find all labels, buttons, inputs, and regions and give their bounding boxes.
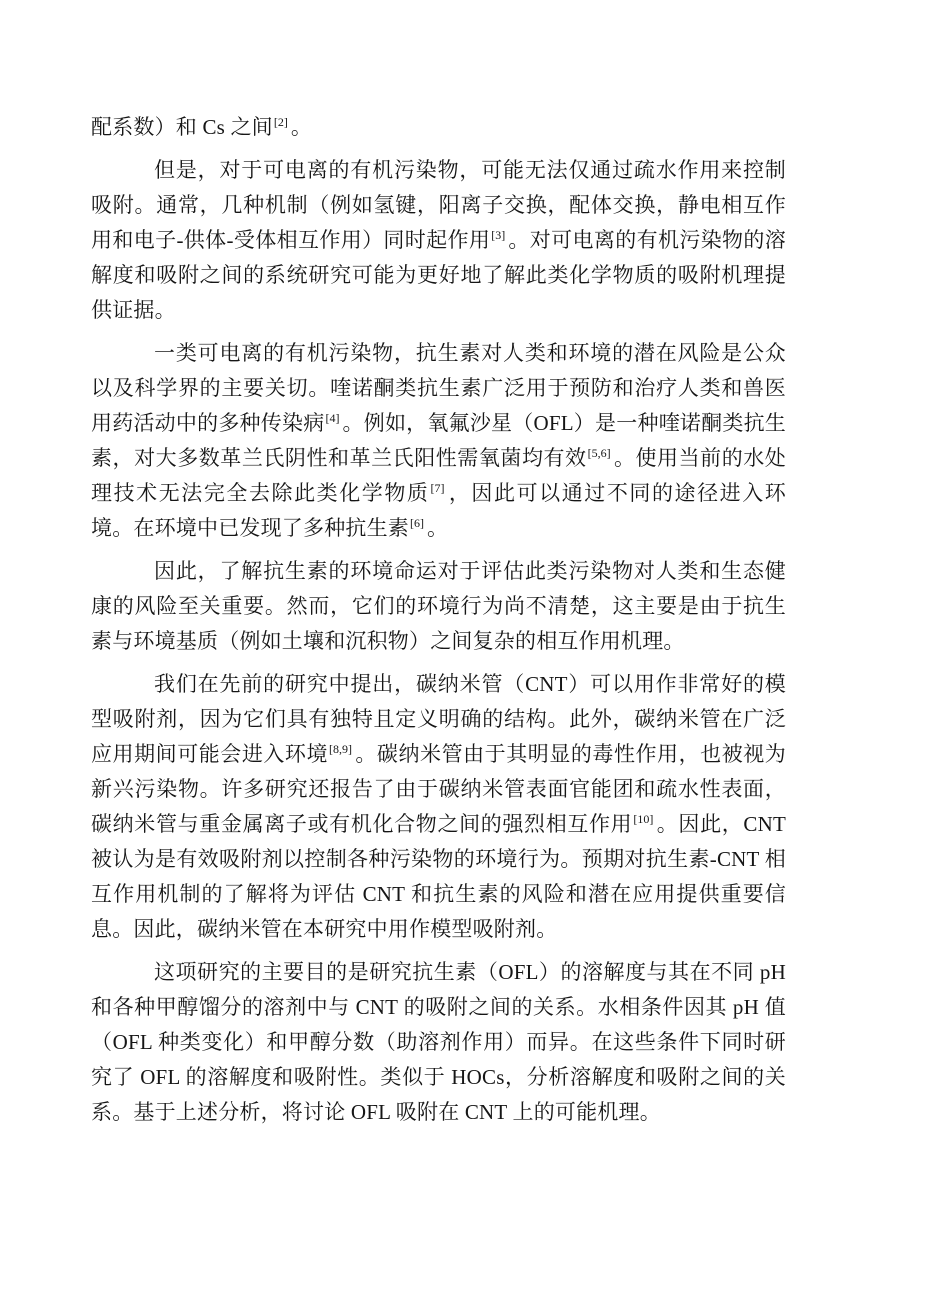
paragraph-2: 但是，对于可电离的有机污染物，可能无法仅通过疏水作用来控制吸附。通常，几种机制（… [91, 153, 786, 328]
paragraph-1: 配系数）和 Cs 之间[2]。 [91, 110, 786, 145]
citation-ref: [8,9] [329, 742, 352, 756]
citation-ref: [3] [491, 228, 505, 242]
text-run: 。 [427, 516, 448, 540]
citation-ref: [10] [633, 812, 653, 826]
paragraph-5: 我们在先前的研究中提出，碳纳米管（CNT）可以用作非常好的模型吸附剂，因为它们具… [91, 667, 786, 947]
paragraph-3: 一类可电离的有机污染物，抗生素对人类和环境的潜在风险是公众以及科学界的主要关切。… [91, 336, 786, 546]
text-run: 。 [291, 115, 312, 139]
text-run: 配系数）和 Cs 之间 [91, 115, 273, 139]
document-page: 配系数）和 Cs 之间[2]。但是，对于可电离的有机污染物，可能无法仅通过疏水作… [0, 0, 926, 1309]
paragraph-4: 因此，了解抗生素的环境命运对于评估此类污染物对人类和生态健康的风险至关重要。然而… [91, 554, 786, 659]
text-run: 因此，了解抗生素的环境命运对于评估此类污染物对人类和生态健康的风险至关重要。然而… [91, 559, 786, 653]
citation-ref: [5,6] [588, 446, 611, 460]
document-body: 配系数）和 Cs 之间[2]。但是，对于可电离的有机污染物，可能无法仅通过疏水作… [91, 110, 786, 1130]
citation-ref: [6] [410, 516, 424, 530]
text-run: 这项研究的主要目的是研究抗生素（OFL）的溶解度与其在不同 pH 和各种甲醇馏分… [91, 960, 786, 1124]
paragraph-6: 这项研究的主要目的是研究抗生素（OFL）的溶解度与其在不同 pH 和各种甲醇馏分… [91, 955, 786, 1130]
citation-ref: [2] [274, 115, 288, 129]
citation-ref: [7] [431, 481, 445, 495]
citation-ref: [4] [325, 411, 339, 425]
